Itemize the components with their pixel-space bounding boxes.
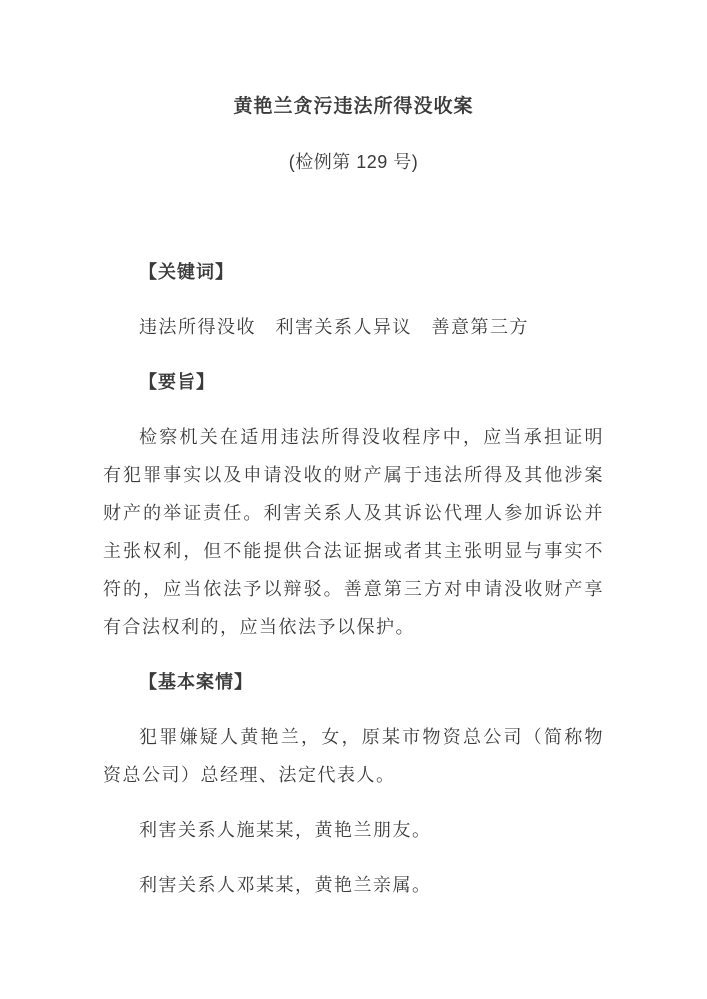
- case-number: (检例第 129 号): [103, 143, 604, 181]
- basic-facts-paragraph-interested-party-deng: 利害关系人邓某某，黄艳兰亲属。: [103, 866, 604, 904]
- document-page: 黄艳兰贪污违法所得没收案 (检例第 129 号) 【关键词】 违法所得没收 利害…: [0, 0, 707, 999]
- keywords-text: 违法所得没收 利害关系人异议 善意第三方: [103, 308, 604, 346]
- section-heading-basic-facts: 【基本案情】: [103, 663, 604, 701]
- basic-facts-paragraph-suspect: 犯罪嫌疑人黄艳兰，女，原某市物资总公司（简称物资总公司）总经理、法定代表人。: [103, 718, 604, 794]
- section-heading-gist: 【要旨】: [103, 363, 604, 401]
- section-heading-keywords: 【关键词】: [103, 253, 604, 291]
- document-title: 黄艳兰贪污违法所得没收案: [103, 88, 604, 126]
- basic-facts-paragraph-interested-party-shi: 利害关系人施某某，黄艳兰朋友。: [103, 811, 604, 849]
- gist-paragraph: 检察机关在适用违法所得没收程序中，应当承担证明有犯罪事实以及申请没收的财产属于违…: [103, 418, 604, 646]
